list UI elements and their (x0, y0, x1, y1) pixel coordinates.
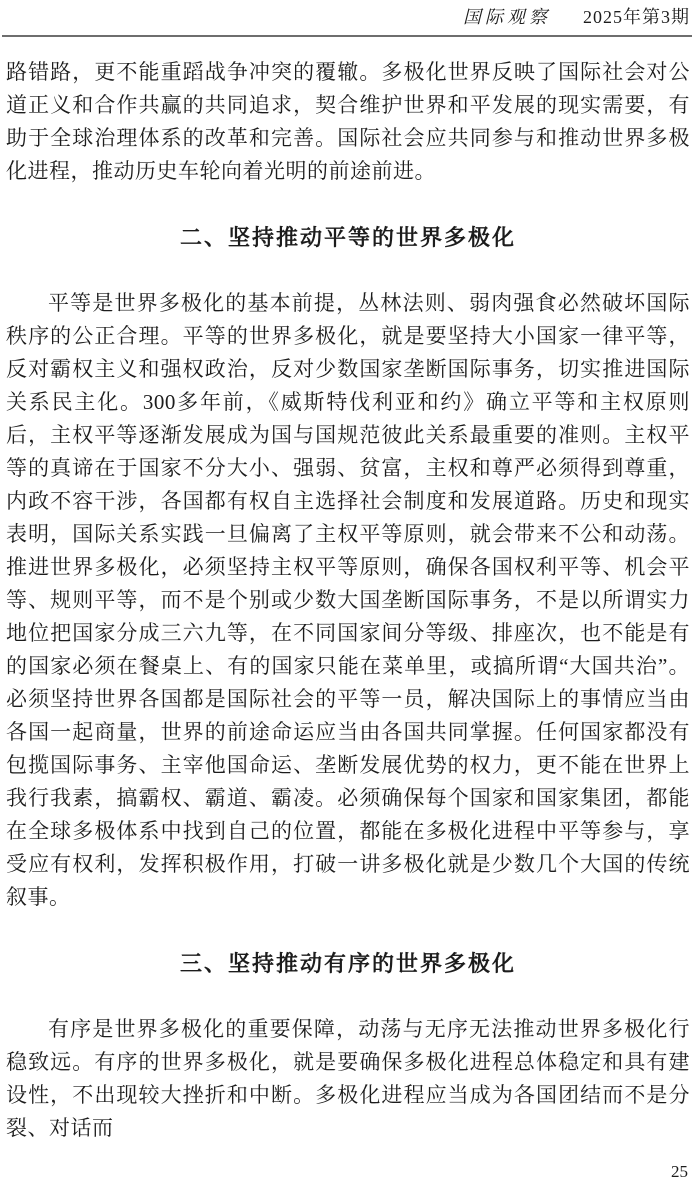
header-rule (2, 35, 692, 37)
issue-label: 2025年第3期 (583, 4, 690, 30)
section-order-paragraph: 有序是世界多极化的重要保障，动荡与无序无法推动世界多极化行稳致远。有序的世界多极… (6, 1013, 690, 1145)
continuation-paragraph: 路错路，更不能重蹈战争冲突的覆辙。多极化世界反映了国际社会对公道正义和合作共赢的… (6, 56, 690, 188)
journal-name: 国际观察 (463, 4, 551, 30)
running-head: 国际观察 2025年第3期 (463, 4, 690, 30)
journal-page: 国际观察 2025年第3期 路错路，更不能重蹈战争冲突的覆辙。多极化世界反映了国… (0, 0, 700, 1194)
article-body: 路错路，更不能重蹈战争冲突的覆辙。多极化世界反映了国际社会对公道正义和合作共赢的… (6, 56, 690, 1145)
page-number: 25 (671, 1162, 688, 1182)
section-equality-paragraph: 平等是世界多极化的基本前提，丛林法则、弱肉强食必然破坏国际秩序的公正合理。平等的… (6, 287, 690, 914)
section-heading-order: 三、坚持推动有序的世界多极化 (6, 947, 690, 980)
section-heading-equality: 二、坚持推动平等的世界多极化 (6, 221, 690, 254)
